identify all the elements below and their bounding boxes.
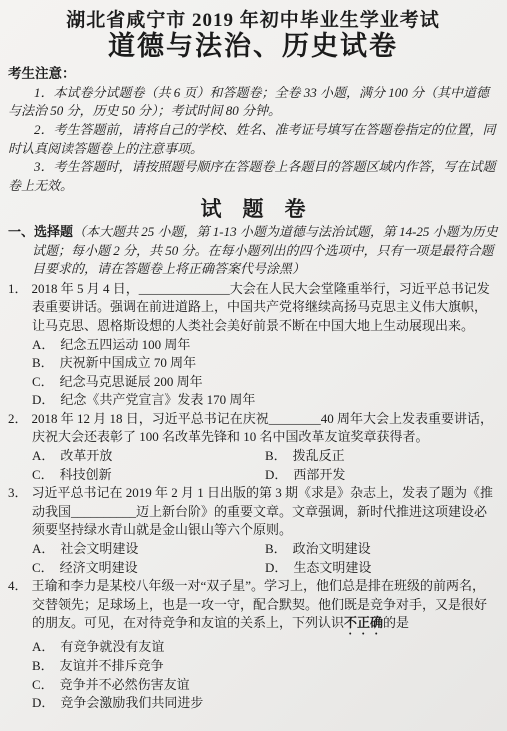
option-text: 生态文明建设 [293,560,371,575]
option-label: C． [32,467,60,482]
question-3-options: A．社会文明建设 B．政治文明建设 C．经济文明建设 D．生态文明建设 [8,540,498,577]
option-label: B． [32,355,60,370]
option-label: D． [265,467,293,482]
question-stem-text: 习近平总书记在 2019 年 2 月 1 日出版的第 3 期《求是》杂志上，发表… [32,485,494,537]
option-C: C．科技创新 [32,466,265,485]
option-D: D．竞争会激励我们共同进步 [32,694,498,713]
question-stem-text: 王瑜和李力是某校八年级一对“双子星”。学习上，他们总是排在班级的前两名，交替领先… [32,578,488,630]
question-number: 2． [8,411,32,426]
option-C: C．经济文明建设 [32,559,265,578]
question-3: 3．习近平总书记在 2019 年 2 月 1 日出版的第 3 期《求是》杂志上，… [8,484,498,577]
option-A: A．社会文明建设 [32,540,265,559]
question-number: 3． [8,485,32,500]
question-stem-text: 2018 年 5 月 4 日，______________大会在人民大会堂隆重举… [32,281,490,333]
option-A: A．有竞争就没有友谊 [32,638,498,657]
option-label: C． [32,374,60,389]
option-label: B． [32,658,60,673]
option-text: 拨乱反正 [293,448,345,463]
option-text: 社会文明建设 [60,541,138,556]
question-1: 1．2018 年 5 月 4 日，______________大会在人民大会堂隆… [8,280,498,410]
option-label: B． [265,541,293,556]
notice-heading: 考生注意： [8,65,498,84]
question-1-stem: 1．2018 年 5 月 4 日，______________大会在人民大会堂隆… [8,280,498,336]
option-D: D．纪念《共产党宣言》发表 170 周年 [32,391,498,410]
option-label: A． [32,337,60,352]
option-text: 经济文明建设 [60,560,138,575]
option-label: C． [32,560,60,575]
option-text: 有竞争就没有友谊 [60,639,164,654]
option-B: B．政治文明建设 [265,540,498,559]
option-label: A． [32,448,60,463]
option-C: C．纪念马克思诞辰 200 周年 [32,373,498,392]
question-stem-text: 的是 [383,615,409,630]
option-text: 庆祝新中国成立 70 周年 [60,355,197,370]
question-4-options: A．有竞争就没有友谊 B．友谊并不排斥竞争 C．竞争并不必然伤害友谊 D．竞争会… [8,638,498,712]
option-text: 竞争会激励我们共同进步 [60,695,203,710]
option-A: A．纪念五四运动 100 周年 [32,336,498,355]
candidate-notice: 考生注意： 1．本试卷分试题卷（共 6 页）和答题卷；全卷 33 小题，满分 1… [8,65,498,195]
question-1-options: A．纪念五四运动 100 周年 B．庆祝新中国成立 70 周年 C．纪念马克思诞… [8,336,498,410]
option-B: B．庆祝新中国成立 70 周年 [32,354,498,373]
notice-item-2: 2．考生答题前，请将自己的学校、姓名、准考证号填写在答题卷指定的位置，同时认真阅… [8,121,498,158]
question-number: 1． [8,281,32,296]
option-D: D．生态文明建设 [265,559,498,578]
option-text: 纪念五四运动 100 周年 [60,337,190,352]
option-A: A．改革开放 [32,447,265,466]
exam-paper-page: 湖北省咸宁市 2019 年初中毕业生学业考试 道德与法治、历史试卷 考生注意： … [0,0,507,731]
option-C: C．竞争并不必然伤害友谊 [32,676,498,695]
option-text: 友谊并不排斥竞争 [60,658,164,673]
option-B: B．友谊并不排斥竞争 [32,657,498,676]
option-label: C． [32,677,60,692]
paper-section-heading: 试 题 卷 [8,200,498,219]
exam-title: 湖北省咸宁市 2019 年初中毕业生学业考试 [8,12,498,31]
option-label: A． [32,639,60,654]
multiple-choice-section-header: 一、选择题（本大题共 25 小题，第 1-13 小题为道德与法治试题，第 14-… [8,223,498,279]
option-D: D．西部开发 [265,466,498,485]
question-2-options: A．改革开放 B．拨乱反正 C．科技创新 D．西部开发 [8,447,498,484]
question-3-stem: 3．习近平总书记在 2019 年 2 月 1 日出版的第 3 期《求是》杂志上，… [8,484,498,540]
question-2: 2．2018 年 12 月 18 日，习近平总书记在庆祝________40 周… [8,410,498,484]
option-text: 纪念《共产党宣言》发表 170 周年 [60,392,255,407]
question-stem-text: 2018 年 12 月 18 日，习近平总书记在庆祝________40 周年大… [32,411,494,445]
option-text: 纪念马克思诞辰 200 周年 [60,374,203,389]
notice-item-1: 1．本试卷分试题卷（共 6 页）和答题卷；全卷 33 小题，满分 100 分（其… [8,84,498,121]
option-B: B．拨乱反正 [265,447,498,466]
option-label: D． [32,695,60,710]
option-text: 改革开放 [60,448,112,463]
question-4-stem: 4．王瑜和李力是某校八年级一对“双子星”。学习上，他们总是排在班级的前两名，交替… [8,577,498,638]
section-label: 一、选择题 [8,224,73,239]
option-text: 科技创新 [60,467,112,482]
question-number: 4． [8,578,32,593]
emphasized-text: 不正确 [344,615,383,630]
option-label: D． [32,392,60,407]
option-text: 竞争并不必然伤害友谊 [60,677,190,692]
paper-subject-title: 道德与法治、历史试卷 [8,37,498,56]
option-text: 政治文明建设 [293,541,371,556]
option-label: A． [32,541,60,556]
notice-item-3: 3．考生答题时，请按照题号顺序在答题卷上各题目的答题区域内作答，写在试题卷上无效… [8,158,498,195]
section-description: （本大题共 25 小题，第 1-13 小题为道德与法治试题，第 14-25 小题… [32,224,498,276]
option-label: D． [265,560,293,575]
question-2-stem: 2．2018 年 12 月 18 日，习近平总书记在庆祝________40 周… [8,410,498,447]
option-label: B． [265,448,293,463]
option-text: 西部开发 [293,467,345,482]
question-4: 4．王瑜和李力是某校八年级一对“双子星”。学习上，他们总是排在班级的前两名，交替… [8,577,498,713]
